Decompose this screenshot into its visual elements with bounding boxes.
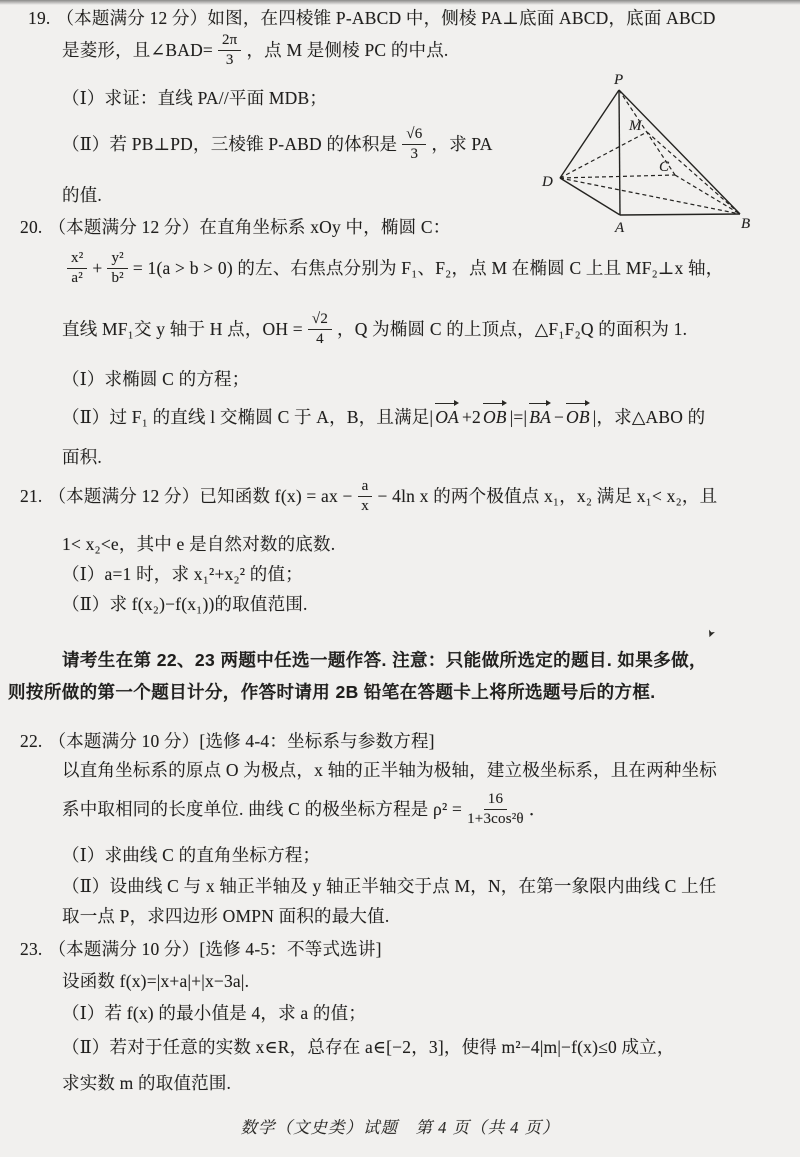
p20-equation-line: x²a²+y²b²= 1(a > b > 0) 的左、右焦点分别为 F₁、F₂，…: [62, 250, 723, 288]
notice-line1-text: 请考生在第 22、23 两题中任选一题作答. 注意：只能做所选定的题目. 如果多…: [8, 650, 707, 672]
p20-vec-plus: +2: [462, 407, 481, 429]
cursor-artifact-icon: ➤: [704, 628, 717, 640]
vector-ob2: OB: [566, 407, 590, 429]
p20-line2: 直线 MF₁交 y 轴于 H 点，OH =√24，Q 为椭圆 C 的上顶点，△F…: [62, 311, 687, 349]
vertex-label-d: D: [541, 174, 553, 190]
p19-part2-pre: （Ⅱ）若 PB⊥PD，三棱锥 P-ABD 的体积是: [62, 134, 397, 156]
edge-pa: [619, 90, 620, 215]
fraction-denominator: 1+3cos²θ: [467, 810, 524, 828]
p23-part2: （Ⅱ）若对于任意的实数 x∈R，总存在 a∈[−2，3]，使得 m²−4|m|−…: [62, 1037, 675, 1059]
p23-head: 23.（本题满分 10 分）[选修 4-5：不等式选讲]: [20, 939, 382, 961]
p19-part1: （Ⅰ）求证：直线 PA//平面 MDB；: [62, 88, 327, 110]
fraction-denominator: a²: [71, 269, 83, 287]
p21-line1-pre: （本题满分 12 分）已知函数 f(x) = ax −: [48, 486, 352, 508]
vertex-label-a: A: [614, 220, 625, 236]
fraction-numerator: 16: [484, 791, 507, 810]
p19-line2-pre: 是菱形，且∠BAD=: [62, 40, 213, 62]
p20-head-text: （本题满分 12 分）在直角坐标系 xOy 中，椭圆 C：: [48, 217, 450, 239]
fraction-denominator: 4: [316, 330, 324, 348]
fraction-denominator: b²: [111, 269, 123, 287]
p21-part2-text: （Ⅱ）求 f(x₂)−f(x₁))的取值范围.: [62, 594, 308, 616]
p22-number: 22.: [20, 731, 42, 753]
p20-line2-post: ，Q 为椭圆 C 的上顶点，△F₁F₂Q 的面积为 1.: [337, 319, 687, 341]
fraction-denominator: x: [361, 497, 369, 515]
p20-line2-pre: 直线 MF₁交 y 轴于 H 点，OH =: [62, 319, 303, 341]
p21-line2-text: 1< x₂<e，其中 e 是自然对数的底数.: [62, 534, 335, 556]
vertex-label-p: P: [613, 72, 623, 88]
p20-number: 20.: [20, 217, 42, 239]
p21-line1-post: − 4ln x 的两个极值点 x₁，x₂ 满足 x₁< x₂，且: [377, 486, 717, 508]
p22-part1-text: （Ⅰ）求曲线 C 的直角坐标方程；: [62, 845, 320, 867]
p20-part2-pre: （Ⅱ）过 F₁ 的直线 l 交椭圆 C 于 A，B，且满足|: [62, 407, 433, 429]
fraction-numerator: 2π: [218, 32, 241, 51]
p23-number: 23.: [20, 939, 42, 961]
p20-vec-equals: |=|: [510, 407, 527, 429]
vector-ob: OB: [483, 407, 507, 429]
edge-pd: [560, 90, 619, 178]
p21-number: 21.: [20, 486, 42, 508]
p19-line2-post: ，点 M 是侧棱 PC 的中点.: [246, 40, 448, 62]
p22-head-text: （本题满分 10 分）[选修 4-4：坐标系与参数方程]: [48, 731, 434, 753]
p20-part2: （Ⅱ）过 F₁ 的直线 l 交椭圆 C 于 A，B，且满足|OA+2OB|=|B…: [62, 407, 705, 429]
p22-part2-cont: 取一点 P，求四边形 OMPN 面积的最大值.: [62, 906, 389, 928]
p19-part2-cont: 的值.: [62, 185, 102, 207]
p23-head-text: （本题满分 10 分）[选修 4-5：不等式选讲]: [48, 939, 381, 961]
p23-part2-cont: 求实数 m 的取值范围.: [62, 1073, 231, 1095]
p21-part1-text: （Ⅰ）a=1 时，求 x₁²+x₂² 的值；: [62, 564, 303, 586]
p23-part1-text: （Ⅰ）若 f(x) 的最小值是 4，求 a 的值；: [62, 1003, 366, 1025]
p23-part2-cont-text: 求实数 m 的取值范围.: [62, 1073, 231, 1095]
fraction-sqrt2-4: √24: [308, 311, 332, 349]
p22-line1-text: 以直角坐标系的原点 O 为极点，x 轴的正半轴为极轴，建立极坐标系，且在两种坐标: [62, 760, 717, 782]
p19-part2: （Ⅱ）若 PB⊥PD，三棱锥 P-ABD 的体积是√63，求 PA: [62, 126, 493, 164]
exam-page: { "colors": { "page_bg": "#f1f0ee", "ink…: [0, 0, 800, 1157]
p20-part2-cont-text: 面积.: [62, 447, 102, 469]
fraction-denominator: 3: [410, 145, 418, 163]
p22-line1: 以直角坐标系的原点 O 为极点，x 轴的正半轴为极轴，建立极坐标系，且在两种坐标: [62, 760, 717, 782]
p22-part2: （Ⅱ）设曲线 C 与 x 轴正半轴及 y 轴正半轴交于点 M，N，在第一象限内曲…: [62, 876, 717, 898]
p19-line1-text: （本题满分 12 分）如图，在四棱锥 P-ABCD 中，侧棱 PA⊥底面 ABC…: [56, 8, 715, 30]
plus-sign: +: [92, 258, 102, 280]
scan-edge-artifact: [0, 0, 800, 5]
p21-line2: 1< x₂<e，其中 e 是自然对数的底数.: [62, 534, 335, 556]
p20-part2-cont: 面积.: [62, 447, 102, 469]
footer-text: 数学（文史类）试题 第 4 页（共 4 页）: [241, 1118, 560, 1137]
fraction-numerator: y²: [107, 250, 127, 269]
edge-dm-dashed: [560, 132, 647, 178]
p19-line1: 19.（本题满分 12 分）如图，在四棱锥 P-ABCD 中，侧棱 PA⊥底面 …: [28, 8, 716, 30]
p23-part2-text: （Ⅱ）若对于任意的实数 x∈R，总存在 a∈[−2，3]，使得 m²−4|m|−…: [62, 1037, 675, 1059]
p19-part1-text: （Ⅰ）求证：直线 PA//平面 MDB；: [62, 88, 327, 110]
edge-db-dashed: [560, 178, 740, 214]
fraction-denominator: 3: [226, 51, 234, 69]
p22-line2-post: ．: [529, 799, 547, 821]
p22-part1: （Ⅰ）求曲线 C 的直角坐标方程；: [62, 845, 320, 867]
p20-line1-post: = 1(a > b > 0) 的左、右焦点分别为 F₁、F₂，点 M 在椭圆 C…: [133, 258, 724, 280]
p23-line1-text: 设函数 f(x)=|x+a|+|x−3a|.: [62, 971, 249, 993]
p22-line2: 系中取相同的长度单位. 曲线 C 的极坐标方程是 ρ² =161+3cos²θ．: [62, 791, 547, 829]
p22-part2-text: （Ⅱ）设曲线 C 与 x 轴正半轴及 y 轴正半轴交于点 M，N，在第一象限内曲…: [62, 876, 717, 898]
notice-line2: 则按所做的第一个题目计分，作答时请用 2B 铅笔在答题卡上将所选题号后的方框.: [8, 682, 656, 704]
p22-part2-cont-text: 取一点 P，求四边形 OMPN 面积的最大值.: [62, 906, 389, 928]
p22-line2-pre: 系中取相同的长度单位. 曲线 C 的极坐标方程是 ρ² =: [62, 799, 462, 821]
page-footer: 数学（文史类）试题 第 4 页（共 4 页）: [0, 1114, 800, 1138]
fraction-rho: 161+3cos²θ: [467, 791, 524, 829]
vertex-label-m: M: [628, 118, 643, 134]
p19-line2: 是菱形，且∠BAD=2π3，点 M 是侧棱 PC 的中点.: [62, 32, 449, 70]
p21-line1: 21.（本题满分 12 分）已知函数 f(x) = ax −ax− 4ln x …: [20, 478, 717, 516]
p21-part2: （Ⅱ）求 f(x₂)−f(x₁))的取值范围.: [62, 594, 308, 616]
fraction-numerator: √6: [402, 126, 426, 145]
vertex-label-c: C: [659, 159, 670, 175]
vector-ba: BA: [529, 407, 551, 429]
edge-ab: [620, 214, 740, 215]
fraction-numerator: a: [358, 478, 373, 497]
p20-vec-minus: −: [554, 407, 564, 429]
p19-part2-cont-text: 的值.: [62, 185, 102, 207]
p23-part1: （Ⅰ）若 f(x) 的最小值是 4，求 a 的值；: [62, 1003, 366, 1025]
p19-part2-post: ，求 PA: [431, 134, 492, 156]
fraction-numerator: √2: [308, 311, 332, 330]
notice-line2-text: 则按所做的第一个题目计分，作答时请用 2B 铅笔在答题卡上将所选题号后的方框.: [8, 682, 656, 704]
p20-head: 20.（本题满分 12 分）在直角坐标系 xOy 中，椭圆 C：: [20, 217, 450, 239]
p20-part1: （Ⅰ）求椭圆 C 的方程；: [62, 369, 249, 391]
fraction-y2-b2: y²b²: [107, 250, 127, 288]
pyramid-diagram: P M C D A B: [528, 70, 778, 240]
edge-pb: [619, 90, 740, 214]
notice-line1: 请考生在第 22、23 两题中任选一题作答. 注意：只能做所选定的题目. 如果多…: [8, 650, 707, 672]
fraction-x2-a2: x²a²: [67, 250, 87, 288]
fraction-2pi-3: 2π3: [218, 32, 241, 70]
p19-number: 19.: [28, 8, 50, 30]
p22-head: 22.（本题满分 10 分）[选修 4-4：坐标系与参数方程]: [20, 731, 435, 753]
fraction-sqrt6-3: √63: [402, 126, 426, 164]
edge-dc-dashed: [560, 175, 675, 178]
fraction-numerator: x²: [67, 250, 87, 269]
p20-part2-post: |，求△ABO 的: [593, 407, 706, 429]
p23-line1: 设函数 f(x)=|x+a|+|x−3a|.: [62, 971, 249, 993]
p20-part1-text: （Ⅰ）求椭圆 C 的方程；: [62, 369, 249, 391]
fraction-a-x: ax: [358, 478, 373, 516]
p21-part1: （Ⅰ）a=1 时，求 x₁²+x₂² 的值；: [62, 564, 303, 586]
vertex-label-b: B: [741, 216, 750, 232]
vector-oa: OA: [435, 407, 459, 429]
